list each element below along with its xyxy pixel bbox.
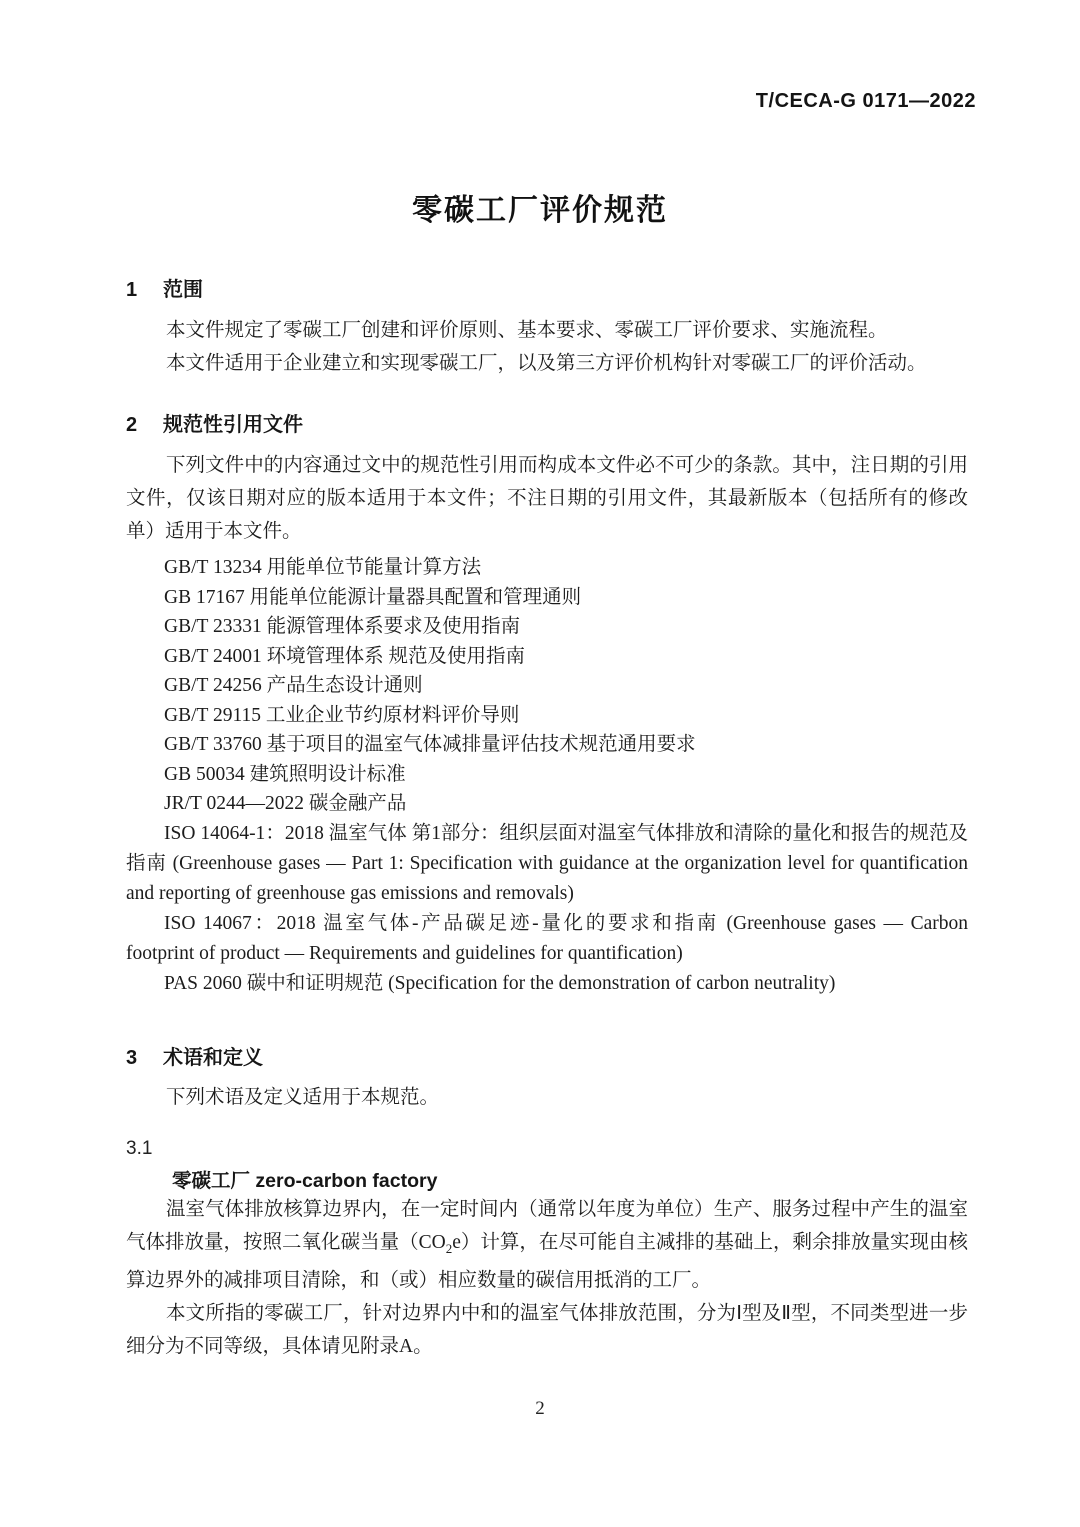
reference-item: GB/T 24001 环境管理体系 规范及使用指南 (126, 642, 968, 672)
normative-references-intro: 下列文件中的内容通过文中的规范性引用而构成本文件必不可少的条款。其中，注日期的引… (126, 449, 968, 548)
scope-paragraph-2: 本文件适用于企业建立和实现零碳工厂，以及第三方评价机构针对零碳工厂的评价活动。 (126, 347, 968, 380)
section-3-number: 3 (126, 1047, 163, 1070)
section-2-number: 2 (126, 414, 163, 437)
reference-paragraph-iso-14064: ISO 14064-1：2018 温室气体 第1部分：组织层面对温室气体排放和清… (126, 819, 968, 909)
section-1-heading: 1范围 (126, 273, 968, 302)
reference-item: GB/T 33760 基于项目的温室气体减排量评估技术规范通用要求 (126, 730, 968, 760)
reference-item: GB/T 13234 用能单位节能量计算方法 (126, 553, 968, 583)
section-3-title: 术语和定义 (163, 1047, 263, 1069)
reference-item: GB 17167 用能单位能源计量器具配置和管理通则 (126, 583, 968, 613)
term-note: 本文所指的零碳工厂，针对边界内中和的温室气体排放范围，分为Ⅰ型及Ⅱ型，不同类型进… (126, 1297, 968, 1363)
section-2-heading: 2规范性引用文件 (126, 408, 968, 437)
document-page: T/CECA-G 0171—2022 零碳工厂评价规范 1范围 本文件规定了零碳… (0, 0, 1080, 1527)
scope-paragraph-1: 本文件规定了零碳工厂创建和评价原则、基本要求、零碳工厂评价要求、实施流程。 (126, 314, 968, 347)
section-1-number: 1 (126, 279, 163, 302)
section-2-title: 规范性引用文件 (163, 414, 303, 436)
reference-item: JR/T 0244—2022 碳金融产品 (126, 789, 968, 819)
reference-paragraph-pas-2060: PAS 2060 碳中和证明规范 (Specification for the … (126, 969, 968, 999)
page-number: 2 (0, 1398, 1080, 1420)
reference-item: GB 50034 建筑照明设计标准 (126, 760, 968, 790)
section-1-body: 本文件规定了零碳工厂创建和评价原则、基本要求、零碳工厂评价要求、实施流程。 本文… (126, 314, 968, 380)
section-1-title: 范围 (163, 279, 203, 301)
section-3-heading: 3术语和定义 (126, 1041, 968, 1070)
reference-item: GB/T 23331 能源管理体系要求及使用指南 (126, 612, 968, 642)
reference-list: GB/T 13234 用能单位节能量计算方法 GB 17167 用能单位能源计量… (126, 553, 968, 819)
clause-number: 3.1 (126, 1138, 968, 1160)
reference-item: GB/T 29115 工业企业节约原材料评价导则 (126, 701, 968, 731)
reference-paragraph-iso-14067: ISO 14067：2018 温室气体-产品碳足迹-量化的要求和指南 (Gree… (126, 909, 968, 969)
term-title: 零碳工厂 zero-carbon factory (126, 1165, 968, 1193)
term-definition: 温室气体排放核算边界内，在一定时间内（通常以年度为单位）生产、服务过程中产生的温… (126, 1193, 968, 1298)
document-title: 零碳工厂评价规范 (0, 185, 1080, 229)
document-body: 1范围 本文件规定了零碳工厂创建和评价原则、基本要求、零碳工厂评价要求、实施流程… (0, 273, 1080, 1363)
standard-number: T/CECA-G 0171—2022 (0, 0, 1080, 113)
terms-intro: 下列术语及定义适用于本规范。 (126, 1081, 968, 1114)
reference-item: GB/T 24256 产品生态设计通则 (126, 671, 968, 701)
